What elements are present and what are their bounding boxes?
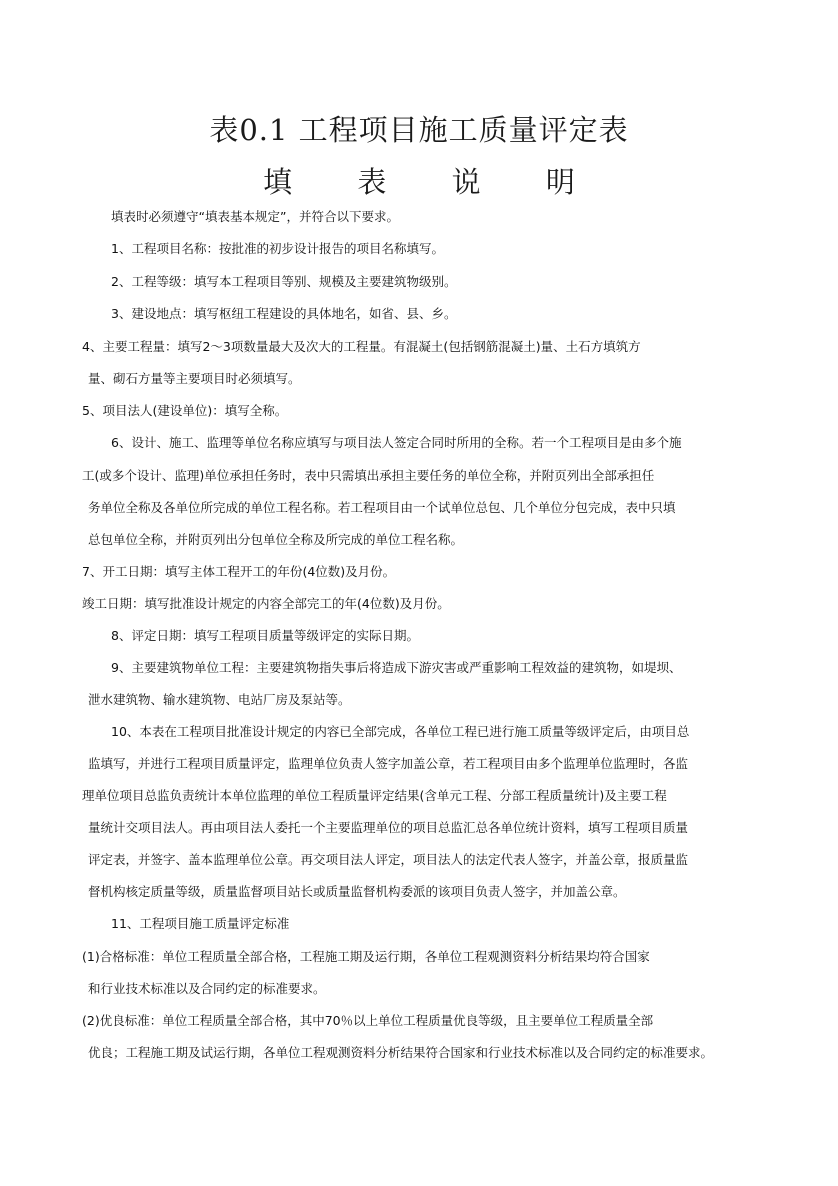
instruction-line: 2、工程等级：填写本工程项目等别、规模及主要建筑物级别。 xyxy=(111,274,456,290)
instruction-line: 4、主要工程量：填写2～3项数量最大及次大的工程量。有混凝土(包括钢筋混凝土)量… xyxy=(82,339,641,355)
instruction-line: 6、设计、施工、监理等单位名称应填写与项目法人签定合同时所用的全称。若一个工程项… xyxy=(111,435,681,451)
instruction-line: 监填写，并进行工程项目质量评定，监理单位负责人签字加盖公章，若工程项目由多个监理… xyxy=(88,756,688,772)
instruction-line: 5、项目法人(建设单位)：填写全称。 xyxy=(82,403,287,419)
instruction-line: 量、砌石方量等主要项目时必须填写。 xyxy=(88,371,301,387)
instruction-line: (1)合格标准：单位工程质量全部合格，工程施工期及运行期，各单位工程观测资料分析… xyxy=(82,949,650,965)
instruction-line: 量统计交项目法人。再由项目法人委托一个主要监理单位的项目总监汇总各单位统计资料，… xyxy=(88,820,688,836)
page-title: 表0.1 工程项目施工质量评定表 xyxy=(0,108,838,149)
instruction-line: 总包单位全称，并附页列出分包单位全称及所完成的单位工程名称。 xyxy=(88,532,463,548)
instruction-line: 8、评定日期：填写工程项目质量等级评定的实际日期。 xyxy=(111,628,419,644)
instruction-line: 3、建设地点：填写枢纽工程建设的具体地名，如省、县、乡。 xyxy=(111,306,456,322)
instruction-line: 和行业技术标准以及合同约定的标准要求。 xyxy=(88,981,326,997)
instruction-line: 评定表，并签字、盖本监理单位公章。再交项目法人评定，项目法人的法定代表人签字，并… xyxy=(88,852,688,868)
instruction-line: 1、工程项目名称：按批准的初步设计报告的项目名称填写。 xyxy=(111,241,444,257)
instruction-line: (2)优良标准：单位工程质量全部合格，其中70％以上单位工程质量优良等级，且主要… xyxy=(82,1013,653,1029)
instruction-line: 优良；工程施工期及试运行期，各单位工程观测资料分析结果符合国家和行业技术标准以及… xyxy=(88,1045,713,1061)
instruction-line: 7、开工日期：填写主体工程开工的年份(4位数)及月份。 xyxy=(82,564,395,580)
instruction-line: 竣工日期：填写批准设计规定的内容全部完工的年(4位数)及月份。 xyxy=(82,596,450,612)
instruction-line: 10、本表在工程项目批准设计规定的内容已全部完成，各单位工程已进行施工质量等级评… xyxy=(111,724,689,740)
instruction-line: 工(或多个设计、监理)单位承担任务时，表中只需填出承担主要任务的单位全称，并附页… xyxy=(82,468,654,484)
instruction-line: 填表时必须遵守“填表基本规定”，并符合以下要求。 xyxy=(111,209,399,225)
instruction-line: 务单位全称及各单位所完成的单位工程名称。若工程项目由一个试单位总包、几个单位分包… xyxy=(88,500,676,516)
instruction-line: 督机构核定质量等级，质量监督项目站长或质量监督机构委派的该项目负责人签字，并加盖… xyxy=(88,884,626,900)
instruction-line: 9、主要建筑物单位工程：主要建筑物指失事后将造成下游灾害或严重影响工程效益的建筑… xyxy=(111,660,681,676)
instruction-line: 泄水建筑物、输水建筑物、电站厂房及泵站等。 xyxy=(88,692,351,708)
instruction-line: 理单位项目总监负责统计本单位监理的单位工程质量评定结果(含单元工程、分部工程质量… xyxy=(82,788,667,804)
page-subtitle: 填 表 说 明 xyxy=(0,160,838,201)
instruction-line: 11、工程项目施工质量评定标准 xyxy=(111,916,289,932)
